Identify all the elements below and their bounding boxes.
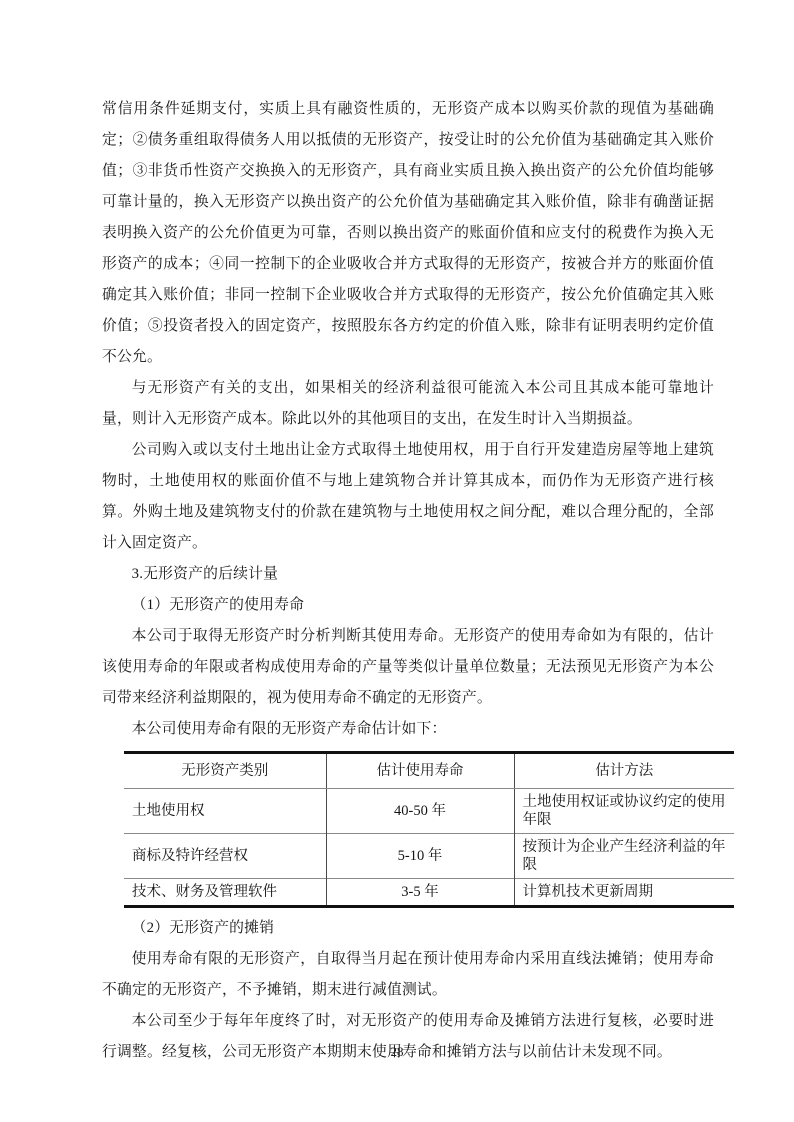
table-header-row: 无形资产类别 估计使用寿命 估计方法 xyxy=(124,753,734,789)
cell-estimated-life: 3-5 年 xyxy=(326,879,514,907)
heading-subsequent-measurement: 3.无形资产的后续计量 xyxy=(102,559,714,590)
heading-amortization: （2）无形资产的摊销 xyxy=(102,913,714,944)
cell-estimated-life: 40-50 年 xyxy=(326,789,514,834)
paragraph-related-expenditure: 与无形资产有关的支出，如果相关的经济利益很可能流入本公司且其成本能可靠地计量，则… xyxy=(102,373,714,435)
document-page: 常信用条件延期支付，实质上具有融资性质的，无形资产成本以购买价款的现值为基础确定… xyxy=(0,0,794,1122)
table-header-estimated-life: 估计使用寿命 xyxy=(326,753,514,789)
paragraph-land-use-right: 公司购入或以支付土地出让金方式取得土地使用权，用于自行开发建造房屋等地上建筑物时… xyxy=(102,435,714,559)
cell-estimated-life: 5-10 年 xyxy=(326,834,514,879)
useful-life-estimate-table: 无形资产类别 估计使用寿命 估计方法 土地使用权 40-50 年 土地使用权证或… xyxy=(124,751,734,908)
document-body: 常信用条件延期支付，实质上具有融资性质的，无形资产成本以购买价款的现值为基础确定… xyxy=(102,94,714,1068)
cell-estimate-method: 土地使用权证或协议约定的使用年限 xyxy=(514,789,734,834)
cell-category: 商标及特许经营权 xyxy=(124,834,326,879)
cell-category: 土地使用权 xyxy=(124,789,326,834)
table-header-category: 无形资产类别 xyxy=(124,753,326,789)
table-header-estimate-method: 估计方法 xyxy=(514,753,734,789)
paragraph-amortization-method: 使用寿命有限的无形资产，自取得当月起在预计使用寿命内采用直线法摊销；使用寿命不确… xyxy=(102,944,714,1006)
table-row-software: 技术、财务及管理软件 3-5 年 计算机技术更新周期 xyxy=(124,879,734,907)
table-intro-line: 本公司使用寿命有限的无形资产寿命估计如下： xyxy=(102,714,714,745)
table-row-land-use-right: 土地使用权 40-50 年 土地使用权证或协议约定的使用年限 xyxy=(124,789,734,834)
cell-estimate-method: 计算机技术更新周期 xyxy=(514,879,734,907)
cell-estimate-method: 按预计为企业产生经济利益的年限 xyxy=(514,834,734,879)
page-number: 28 xyxy=(0,1044,794,1060)
heading-useful-life: （1）无形资产的使用寿命 xyxy=(102,590,714,621)
paragraph-cost-determination-continuation: 常信用条件延期支付，实质上具有融资性质的，无形资产成本以购买价款的现值为基础确定… xyxy=(102,94,714,373)
cell-category: 技术、财务及管理软件 xyxy=(124,879,326,907)
paragraph-useful-life-analysis: 本公司于取得无形资产时分析判断其使用寿命。无形资产的使用寿命如为有限的，估计该使… xyxy=(102,621,714,714)
table-row-trademark-franchise: 商标及特许经营权 5-10 年 按预计为企业产生经济利益的年限 xyxy=(124,834,734,879)
